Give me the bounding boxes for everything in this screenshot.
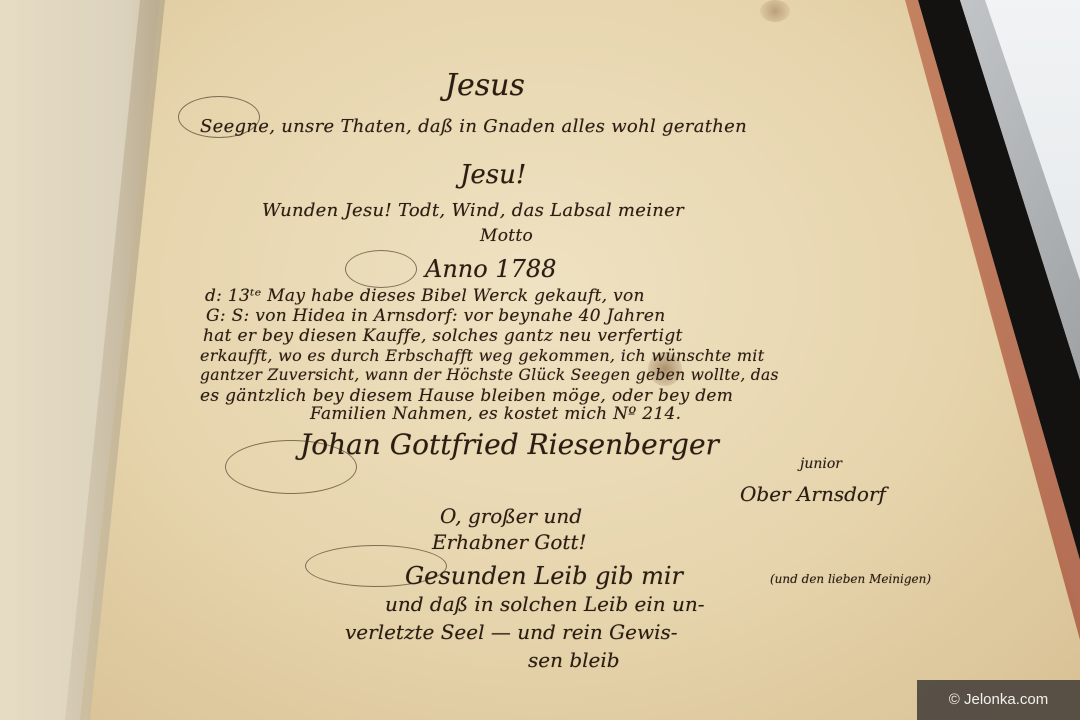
prayer-line-5: verletzte Seel — und rein Gewis- [345,620,678,644]
motto-line-2a: Wunden Jesu! Todt, Wind, das Labsal mein… [262,200,684,221]
flourish-decoration [345,250,417,288]
signature-suffix: junior [800,456,842,472]
prayer-line-4: und daß in solchen Leib ein un- [385,592,705,616]
body-line-3: hat er bey diesen Kauffe, solches gantz … [203,326,683,346]
prayer-line-2: Erhabner Gott! [432,530,587,554]
prayer-line-3: Gesunden Leib gib mir [405,562,683,590]
invocation-jesus: Jesus [445,68,525,103]
copyright-watermark: © Jelonka.com [917,680,1080,720]
body-line-7: Familien Nahmen, es kostet mich Nº 214. [310,404,681,424]
body-line-1: d: 13ᵗᵉ May habe dieses Bibel Werck geka… [205,286,645,306]
signature-place: Ober Arnsdorf [740,482,886,506]
body-line-6: es gäntzlich bey diesem Hause bleiben mö… [200,386,733,406]
year-line: Anno 1788 [425,255,556,283]
invocation-jesu: Jesu! [460,160,526,190]
prayer-line-6: sen bleib [528,648,620,672]
paper-stain [760,0,790,22]
prayer-line-aside: (und den lieben Meinigen) [770,572,931,586]
prayer-line-1: O, großer und [440,504,582,528]
body-line-5: gantzer Zuversicht, wann der Höchste Glü… [200,366,779,384]
body-line-4: erkaufft, wo es durch Erbschafft weg gek… [200,346,764,365]
signature-name: Johan Gottfried Riesenberger [300,428,719,461]
body-line-2: G: S: von Hidea in Arnsdorf: vor beynahe… [206,306,665,326]
motto-line-1: Seegne, unsre Thaten, daß in Gnaden alle… [200,116,747,137]
motto-line-2b: Motto [480,226,533,246]
